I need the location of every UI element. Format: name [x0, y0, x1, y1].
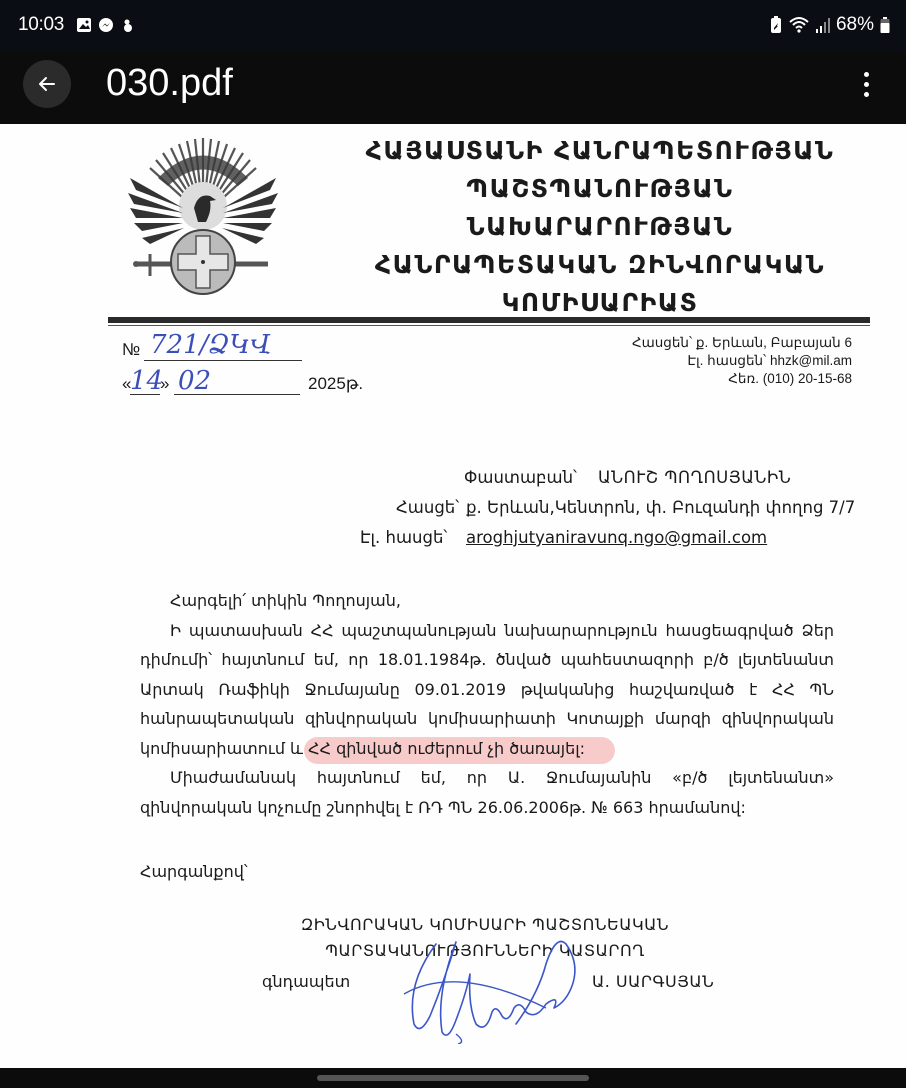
- paragraph-1: Ի պատասխան ՀՀ պաշտպանության նախարարությո…: [140, 616, 834, 764]
- wifi-icon: [788, 16, 810, 34]
- pdf-page[interactable]: ՀԱՅԱՍՏԱՆԻ ՀԱՆՐԱՊԵՏՈՒԹՅԱՆ ՊԱՇՏՊԱՆՈՒԹՅԱՆ Ն…: [0, 124, 906, 1068]
- kebab-dot-icon: [864, 72, 869, 77]
- status-bar: 10:03 68%: [0, 0, 906, 52]
- document-title: 030.pdf: [106, 62, 233, 105]
- letter-body: Հարգելի՛ տիկին Պողոսյան, Ի պատասխան ՀՀ պ…: [140, 586, 834, 822]
- messenger-icon: [98, 17, 114, 33]
- ministry-header: ՀԱՅԱՍՏԱՆԻ ՀԱՆՐԱՊԵՏՈՒԹՅԱՆ ՊԱՇՏՊԱՆՈՒԹՅԱՆ Ն…: [330, 132, 870, 322]
- header-divider-thin: [108, 325, 870, 326]
- date-close-quote: »: [160, 374, 169, 394]
- paragraph-2: Միաժամանակ հայտնում եմ, որ Ա. Ջումայանին…: [140, 763, 834, 822]
- header-line: ՀԱՅԱՍՏԱՆԻ ՀԱՆՐԱՊԵՏՈՒԹՅԱՆ: [330, 132, 870, 170]
- app-notification-icon: [120, 17, 136, 33]
- date-year: 2025թ.: [308, 374, 363, 394]
- recipient-email-link[interactable]: aroghjutyaniravunq.ngo@gmail.com: [466, 528, 767, 547]
- closing: Հարգանքով՝: [140, 862, 248, 881]
- organization-contact: Հասցեն՝ ք. Երևան, Բաբայան 6 Էլ. հասցեն՝ …: [632, 334, 852, 388]
- org-address: Հասցեն՝ ք. Երևան, Բաբայան 6: [632, 334, 852, 352]
- app-bar: 030.pdf: [0, 52, 906, 124]
- battery-saver-icon: [770, 16, 782, 34]
- status-notification-icons: [76, 17, 136, 33]
- arrow-left-icon: [38, 75, 56, 93]
- gallery-notification-icon: [76, 17, 92, 33]
- status-system-icons: 68%: [770, 14, 890, 36]
- battery-icon: [880, 16, 890, 34]
- recipient-address-label: Հասցե՝: [396, 498, 459, 517]
- recipient-lawyer-name: ԱՆՈՒՇ ՊՈՂՈՍՅԱՆԻՆ: [598, 468, 791, 487]
- reference-number-underline: [144, 360, 302, 361]
- navigation-bar: [0, 1068, 906, 1088]
- date-month-underline: [174, 394, 300, 395]
- header-line: ՀԱՆՐԱՊԵՏԱԿԱՆ ԶԻՆՎՈՐԱԿԱՆ: [330, 246, 870, 284]
- date-month-handwritten: 02: [178, 366, 211, 396]
- home-gesture-handle[interactable]: [317, 1075, 589, 1081]
- reference-number-handwritten: 721/ՁԿՎ: [150, 330, 271, 360]
- org-phone: Հեռ. (010) 20-15-68: [632, 370, 852, 388]
- recipient-lawyer-label: Փաստաբան՝: [464, 468, 577, 487]
- signal-icon: [816, 16, 830, 34]
- header-line: ՊԱՇՏՊԱՆՈՒԹՅԱՆ ՆԱԽԱՐԱՐՈՒԹՅԱՆ: [330, 170, 870, 246]
- org-email: Էլ. հասցեն՝ hhzk@mil.am: [632, 352, 852, 370]
- salutation: Հարգելի՛ տիկին Պողոսյան,: [140, 586, 834, 616]
- highlighted-text: ՀՀ զինված ուժերում չի ծառայել:: [304, 737, 615, 764]
- ministry-emblem-icon: [128, 138, 278, 298]
- signer-name: Ա. ՍԱՐԳՍՅԱՆ: [592, 972, 714, 991]
- back-button[interactable]: [23, 60, 71, 108]
- battery-percent: 68%: [836, 14, 874, 36]
- signer-rank: գնդապետ: [262, 972, 350, 991]
- kebab-dot-icon: [864, 82, 869, 87]
- reference-number-label: №: [122, 340, 140, 360]
- kebab-dot-icon: [864, 92, 869, 97]
- more-options-button[interactable]: [850, 66, 882, 102]
- status-time: 10:03: [18, 14, 64, 36]
- recipient-email-label: Էլ. հասցե՝: [360, 528, 447, 547]
- recipient-address: ք. Երևան,Կենտրոն, փ. Բուզանդի փողոց 7/7: [466, 498, 855, 517]
- signature-icon: [396, 924, 586, 1044]
- date-day-underline: [130, 394, 160, 395]
- header-divider: [108, 317, 870, 323]
- date-day-handwritten: 14: [130, 366, 163, 396]
